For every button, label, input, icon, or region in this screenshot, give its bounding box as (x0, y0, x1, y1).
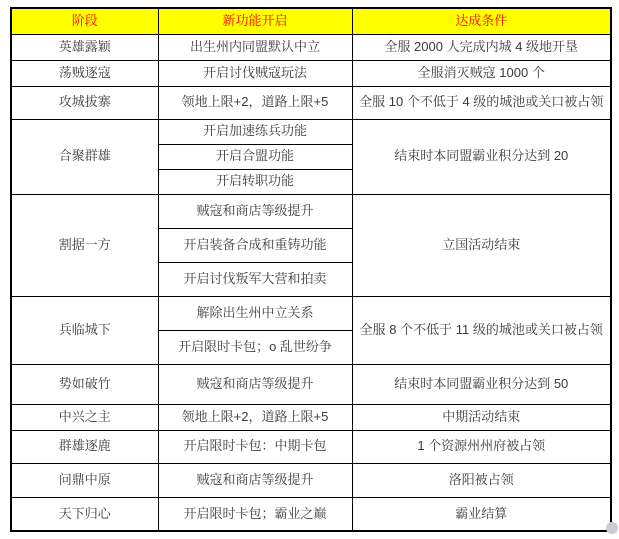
feature-cell[interactable]: 贼寇和商店等级提升 (158, 463, 352, 497)
feature-cell[interactable]: 开启限时卡包；霸业之巅 (158, 497, 352, 531)
feature-cell[interactable]: 领地上限+2，道路上限+5 (158, 86, 352, 119)
feature-cell[interactable]: 开启合盟功能 (158, 144, 352, 169)
feature-cell[interactable]: 领地上限+2，道路上限+5 (158, 404, 352, 430)
feature-cell[interactable]: 开启装备合成和重铸功能 (158, 228, 352, 262)
stage-cell[interactable]: 攻城拔寨 (11, 86, 158, 119)
condition-cell[interactable]: 全服消灭贼寇 1000 个 (352, 60, 611, 86)
table-row: 天下归心 开启限时卡包；霸业之巅 霸业结算 (11, 497, 611, 531)
table-resize-handle-icon[interactable] (606, 522, 618, 534)
condition-cell[interactable]: 中期活动结束 (352, 404, 611, 430)
stage-cell[interactable]: 英雄露颖 (11, 34, 158, 60)
stage-cell[interactable]: 群雄逐鹿 (11, 430, 158, 463)
table-row: 合聚群雄 开启加速练兵功能 结束时本同盟霸业积分达到 20 (11, 119, 611, 144)
table-row: 英雄露颖 出生州内同盟默认中立 全服 2000 人完成内城 4 级地开垦 (11, 34, 611, 60)
table-row: 问鼎中原 贼寇和商店等级提升 洛阳被占领 (11, 463, 611, 497)
table-row: 势如破竹 贼寇和商店等级提升 结束时本同盟霸业积分达到 50 (11, 364, 611, 404)
condition-cell[interactable]: 霸业结算 (352, 497, 611, 531)
header-cell-condition[interactable]: 达成条件 (352, 8, 611, 34)
feature-cell[interactable]: 开启讨伐叛军大营和拍卖 (158, 262, 352, 296)
table-row: 荡贼逐寇 开启讨伐贼寇玩法 全服消灭贼寇 1000 个 (11, 60, 611, 86)
stage-cell[interactable]: 势如破竹 (11, 364, 158, 404)
feature-cell[interactable]: 开启限时卡包；o 乱世纷争 (158, 330, 352, 364)
stage-cell[interactable]: 荡贼逐寇 (11, 60, 158, 86)
stage-cell[interactable]: 天下归心 (11, 497, 158, 531)
stage-table: 阶段 新功能开启 达成条件 英雄露颖 出生州内同盟默认中立 全服 2000 人完… (10, 7, 612, 532)
table-row: 割据一方 贼寇和商店等级提升 立国活动结束 (11, 194, 611, 228)
condition-cell[interactable]: 全服 8 个不低于 11 级的城池或关口被占领 (352, 296, 611, 364)
document-canvas: 阶段 新功能开启 达成条件 英雄露颖 出生州内同盟默认中立 全服 2000 人完… (0, 0, 619, 539)
stage-cell[interactable]: 割据一方 (11, 194, 158, 296)
feature-cell[interactable]: 贼寇和商店等级提升 (158, 194, 352, 228)
stage-cell[interactable]: 兵临城下 (11, 296, 158, 364)
condition-cell[interactable]: 全服 10 个不低于 4 级的城池或关口被占领 (352, 86, 611, 119)
condition-cell[interactable]: 全服 2000 人完成内城 4 级地开垦 (352, 34, 611, 60)
table-row: 兵临城下 解除出生州中立关系 全服 8 个不低于 11 级的城池或关口被占领 (11, 296, 611, 330)
feature-cell[interactable]: 解除出生州中立关系 (158, 296, 352, 330)
feature-cell[interactable]: 开启转职功能 (158, 169, 352, 194)
table-row: 中兴之主 领地上限+2，道路上限+5 中期活动结束 (11, 404, 611, 430)
table-header-row: 阶段 新功能开启 达成条件 (11, 8, 611, 34)
header-cell-stage[interactable]: 阶段 (11, 8, 158, 34)
condition-cell[interactable]: 洛阳被占领 (352, 463, 611, 497)
condition-cell[interactable]: 结束时本同盟霸业积分达到 50 (352, 364, 611, 404)
feature-cell[interactable]: 开启限时卡包：中期卡包 (158, 430, 352, 463)
feature-cell[interactable]: 开启讨伐贼寇玩法 (158, 60, 352, 86)
table-row: 群雄逐鹿 开启限时卡包：中期卡包 1 个资源州州府被占领 (11, 430, 611, 463)
condition-cell[interactable]: 立国活动结束 (352, 194, 611, 296)
stage-cell[interactable]: 合聚群雄 (11, 119, 158, 194)
stage-cell[interactable]: 问鼎中原 (11, 463, 158, 497)
feature-cell[interactable]: 贼寇和商店等级提升 (158, 364, 352, 404)
condition-cell[interactable]: 1 个资源州州府被占领 (352, 430, 611, 463)
condition-cell[interactable]: 结束时本同盟霸业积分达到 20 (352, 119, 611, 194)
stage-cell[interactable]: 中兴之主 (11, 404, 158, 430)
feature-cell[interactable]: 开启加速练兵功能 (158, 119, 352, 144)
header-cell-features[interactable]: 新功能开启 (158, 8, 352, 34)
table-row: 攻城拔寨 领地上限+2，道路上限+5 全服 10 个不低于 4 级的城池或关口被… (11, 86, 611, 119)
feature-cell[interactable]: 出生州内同盟默认中立 (158, 34, 352, 60)
